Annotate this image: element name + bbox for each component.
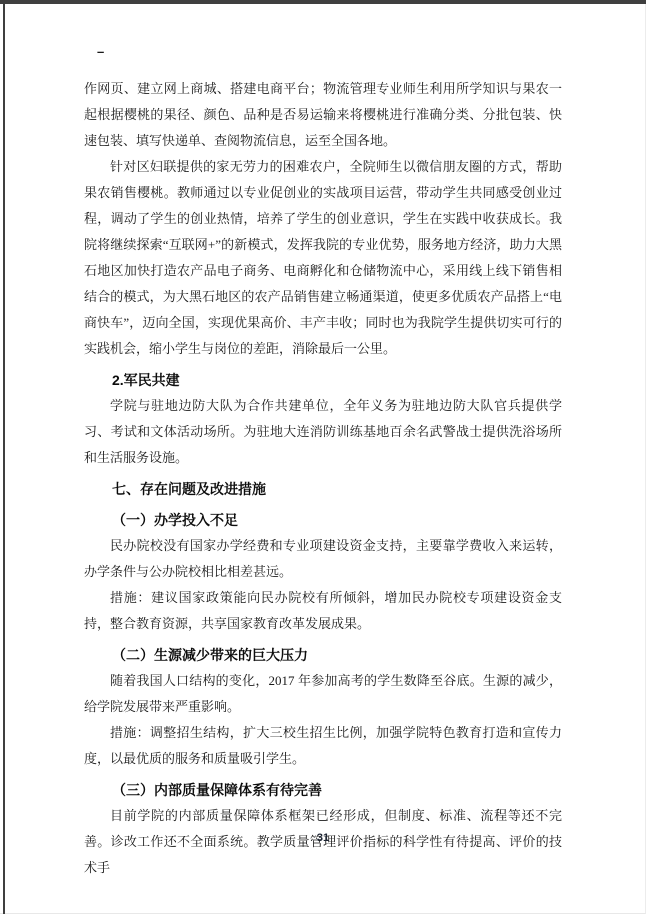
document-page: – 作网页、建立网上商城、搭建电商平台；物流管理专业师生利用所学知识与果农一起根… bbox=[0, 0, 646, 914]
paragraph-funding-shortage-detail: 民办院校没有国家办学经费和专业项建设资金支持，主要靠学费收入来运转，办学条件与公… bbox=[84, 533, 562, 585]
paragraph-wechat-cherry-sales: 针对区妇联提供的家无劳力的困难农户，全院师生以微信朋友圈的方式，帮助果农销售樱桃… bbox=[84, 154, 562, 362]
heading-military-civilian-cobuild: 2.军民共建 bbox=[84, 367, 562, 393]
page-edge-top bbox=[0, 0, 646, 4]
paragraph-funding-measures: 措施：建议国家政策能向民办院校有所倾斜，增加民办院校专项建设资金支持，整合教育资… bbox=[84, 585, 562, 637]
paragraph-border-defense-support: 学院与驻地边防大队为合作共建单位，全年义务为驻地边防大队官兵提供学习、考试和文体… bbox=[84, 393, 562, 471]
paragraph-enrollment-measures: 措施：调整招生结构，扩大三校生招生比例，加强学院特色教育打造和宣传力度，以最优质… bbox=[84, 720, 562, 772]
page-number: 31 bbox=[0, 832, 646, 844]
page-edge-left bbox=[3, 0, 5, 914]
document-body: 作网页、建立网上商城、搭建电商平台；物流管理专业师生利用所学知识与果农一起根据樱… bbox=[84, 76, 562, 881]
heading-funding-shortage: （一）办学投入不足 bbox=[84, 507, 562, 533]
heading-problems-and-measures: 七、存在问题及改进措施 bbox=[84, 476, 562, 502]
paragraph-cherry-ecommerce-continuation: 作网页、建立网上商城、搭建电商平台；物流管理专业师生利用所学知识与果农一起根据樱… bbox=[84, 76, 562, 154]
heading-quality-assurance-system: （三）内部质量保障体系有待完善 bbox=[84, 777, 562, 803]
header-dash-mark: – bbox=[97, 44, 104, 59]
heading-enrollment-pressure: （二）生源减少带来的巨大压力 bbox=[84, 642, 562, 668]
paragraph-enrollment-detail: 随着我国人口结构的变化，2017 年参加高考的学生数降至谷底。生源的减少，给学院… bbox=[84, 668, 562, 720]
